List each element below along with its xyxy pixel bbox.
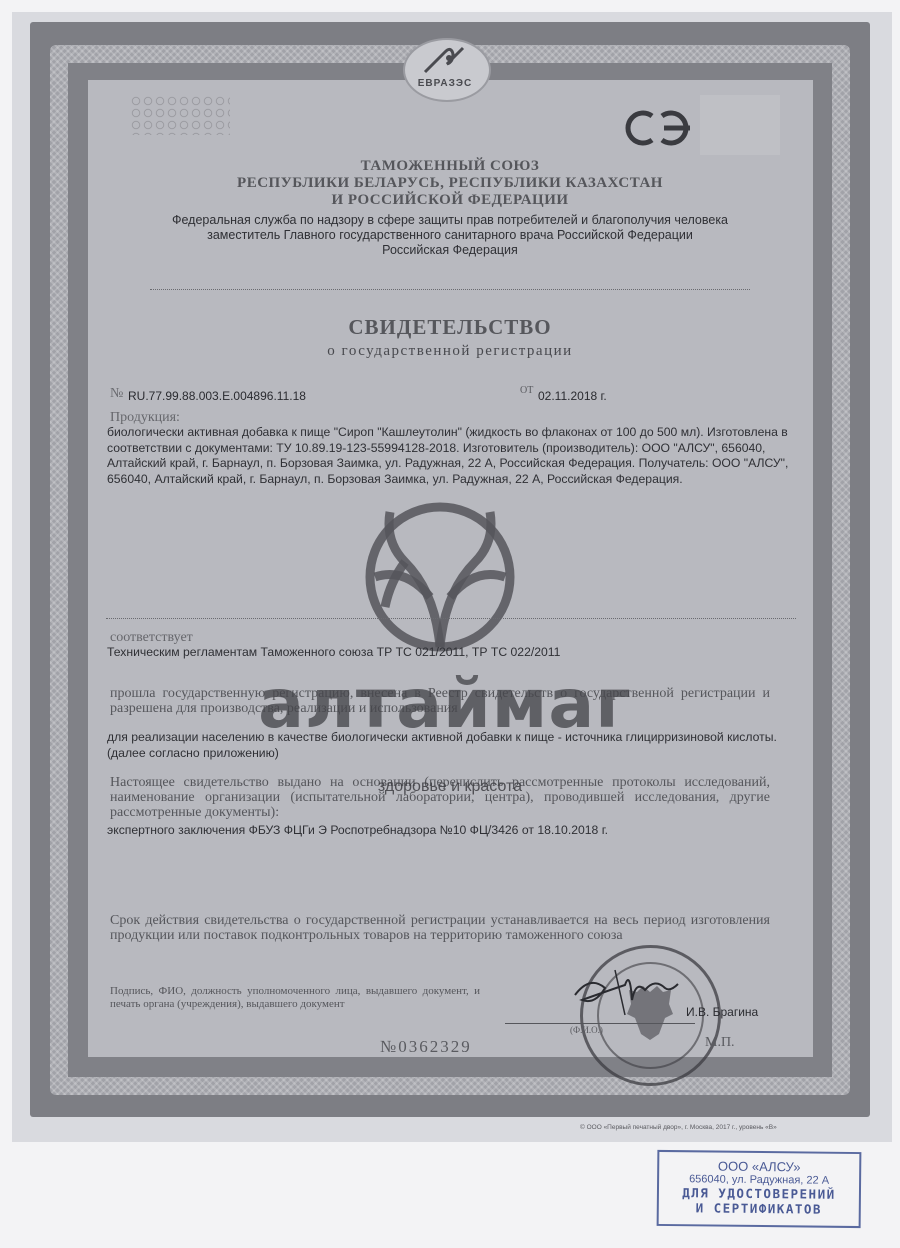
fio-hint: (Ф.И.О.) — [570, 1025, 603, 1035]
date-prefix: ОТ — [520, 385, 533, 396]
product-caption-line — [106, 618, 796, 622]
authority-line: Российская Федерация — [100, 243, 800, 258]
emblem-label: ЕВРАЗЭС — [385, 78, 505, 89]
watermark-brand: алтаймаг — [205, 665, 685, 744]
product-label: Продукция: — [110, 410, 180, 426]
form-number: №0362329 — [380, 1037, 472, 1057]
number-prefix: № — [110, 386, 123, 402]
guilloche-pattern-right — [700, 95, 780, 155]
eaeu-emblem: ЕВРАЗЭС — [385, 38, 505, 98]
union-line: РЕСПУБЛИКИ БЕЛАРУСЬ, РЕСПУБЛИКИ КАЗАХСТА… — [100, 175, 800, 192]
printer-imprint: © ООО «Первый печатный двор», г. Москва,… — [580, 1124, 777, 1131]
stamp-line-1: ДЛЯ УДОСТОВЕРЕНИЙ — [659, 1185, 859, 1202]
compliance-label: соответствует — [110, 630, 193, 646]
customs-union-heading: ТАМОЖЕННЫЙ СОЮЗ РЕСПУБЛИКИ БЕЛАРУСЬ, РЕС… — [100, 158, 800, 209]
document-title: СВИДЕТЕЛЬСТВО — [100, 315, 800, 340]
union-line: ТАМОЖЕННЫЙ СОЮЗ — [100, 158, 800, 175]
basis-document: экспертного заключения ФБУЗ ФЦГи Э Роспо… — [107, 823, 797, 839]
document-subtitle: о государственной регистрации — [100, 343, 800, 360]
watermark-leaf-icon — [345, 502, 535, 652]
emblem-bird-icon — [423, 44, 468, 76]
seal-place-mark: М.П. — [705, 1035, 735, 1051]
conformity-mark-icon — [620, 108, 695, 148]
issue-date: 02.11.2018 г. — [538, 389, 607, 403]
authority-line: заместитель Главного государственного са… — [100, 228, 800, 243]
authority-line: Федеральная служба по надзору в сфере за… — [100, 213, 800, 228]
guilloche-pattern-left — [130, 95, 230, 135]
watermark-tagline: здоровье и красота — [300, 778, 600, 796]
signature-line — [505, 1023, 695, 1024]
company-stamp: ООО «АЛСУ» 656040, ул. Радужная, 22 А ДЛ… — [657, 1150, 862, 1228]
compliance-text: Техническим регламентам Таможенного союз… — [107, 645, 797, 661]
union-line: И РОССИЙСКОЙ ФЕДЕРАЦИИ — [100, 192, 800, 209]
stamp-line-2: И СЕРТИФИКАТОВ — [659, 1200, 859, 1217]
product-description: биологически активная добавка к пище "Си… — [107, 425, 797, 487]
authority-caption-line — [150, 289, 750, 293]
handwritten-signature — [570, 960, 680, 1020]
registration-number: RU.77.99.88.003.Е.004896.11.18 — [128, 389, 306, 403]
signer-name: И.В. Брагина — [686, 1005, 758, 1019]
validity-statement: Срок действия свидетельства о государств… — [110, 913, 770, 943]
signature-caption: Подпись, ФИО, должность уполномоченного … — [110, 985, 480, 1011]
issuing-authority: Федеральная служба по надзору в сфере за… — [100, 213, 800, 258]
